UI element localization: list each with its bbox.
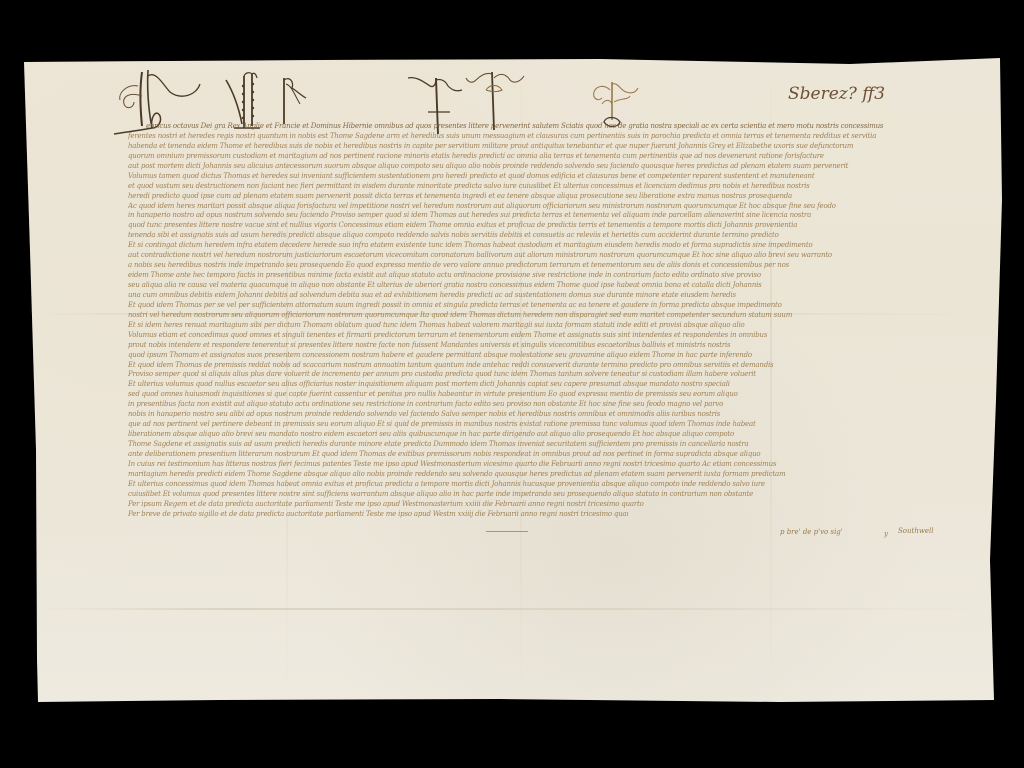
- text-line: quorum omnium premissorum custodiam et m…: [128, 152, 950, 162]
- text-line: Ac quod idem heres maritari possit absqu…: [128, 202, 950, 212]
- text-line: Per ipsum Regem et de data predicta auct…: [128, 500, 950, 510]
- text-line: tenenda sibi et assignatis suis ad usum …: [128, 231, 950, 241]
- text-line: in presentibus facta non existit aut ali…: [128, 400, 950, 410]
- text-line: aut post mortem dicti Johannis seu alicu…: [128, 162, 950, 172]
- text-line: seu aliqua alia re causa vel materia qua…: [128, 281, 950, 291]
- text-line: Volumus tamen quod dictus Thomas et here…: [128, 172, 950, 182]
- text-line: cuiuslibet Et volumus quod presentes lit…: [128, 490, 950, 500]
- text-line: Volumus etiam et concedimus quod omnes e…: [128, 331, 950, 341]
- warrant-docket: p bre' de p'vo sig': [780, 528, 843, 536]
- marginal-annotation: Sberez? ff3: [788, 84, 885, 104]
- text-line: Thome Sagdene et assignatis suis ad usum…: [128, 440, 950, 450]
- photo-backdrop: Sberez? ff3 enricus octavus Dei gra Rex …: [0, 0, 1024, 768]
- text-line: Et si contingat dictum heredem infra eta…: [128, 241, 950, 251]
- closing-flourish: [486, 531, 528, 532]
- text-line: quod ipsum Thomam et assignatos suos pre…: [128, 351, 950, 361]
- text-line: heredi predicto quod ipse cum ad plenam …: [128, 192, 950, 202]
- text-line: ante deliberationem presentium litteraru…: [128, 450, 950, 460]
- text-line: ferentes nostri et heredes regis nostri …: [128, 132, 950, 142]
- text-line: Et quod idem Thomas per se vel per suffi…: [128, 301, 950, 311]
- clerk-signature: Southwell: [898, 527, 933, 535]
- text-line: Et ulterius volumus quod nullus escaetor…: [128, 380, 950, 390]
- text-line: in hanaperio nostro ad opus nostrum solv…: [128, 211, 950, 221]
- docket-mark: y: [884, 530, 888, 538]
- text-line: habenda et tenenda eidem Thome et heredi…: [128, 142, 950, 152]
- text-line: Et ulterius concessimus quod idem Thomas…: [128, 480, 950, 490]
- text-line: enricus octavus Dei gra Rex Anglie et Fr…: [128, 122, 950, 132]
- text-line: Et quod idem Thomas de premissis reddat …: [128, 361, 950, 371]
- text-line: una cum omnibus debitis eidem Johanni de…: [128, 291, 950, 301]
- text-line: sed quod omnes huiusmodi inquisitiones s…: [128, 390, 950, 400]
- text-line: quod tunc presentes littere nostre vacue…: [128, 221, 950, 231]
- text-line: a nobis seu heredibus nostris inde impet…: [128, 261, 950, 271]
- text-line: que ad nos pertinent vel pertinere debea…: [128, 420, 950, 430]
- text-line: aut contradictione nostri vel heredum no…: [128, 251, 950, 261]
- text-line: Per breve de privato sigillo et de data …: [128, 510, 628, 520]
- document-body: enricus octavus Dei gra Rex Anglie et Fr…: [128, 122, 950, 520]
- text-line: nostri vel heredum nostrorum seu aliquor…: [128, 311, 950, 321]
- text-line: eidem Thome ante hec tempora factis in p…: [128, 271, 950, 281]
- text-line: nobis in hanaperio nostro seu alibi ad o…: [128, 410, 950, 420]
- text-line: In cuius rei testimonium has litteras no…: [128, 460, 950, 470]
- cadel-initial-r-icon: [280, 74, 310, 126]
- fold-crease: [36, 608, 994, 610]
- text-line: maritagium heredis predicti eidem Thome …: [128, 470, 950, 480]
- text-line: et quod vastum seu destructionem non fac…: [128, 182, 950, 192]
- text-line: Et si idem heres renuat maritagium sibi …: [128, 321, 950, 331]
- text-line: liberationem absque aliquo alio brevi se…: [128, 430, 950, 440]
- text-line: Proviso semper quod si aliquis alius plu…: [128, 370, 950, 380]
- text-line: prout nobis intendere et respondere tene…: [128, 341, 950, 351]
